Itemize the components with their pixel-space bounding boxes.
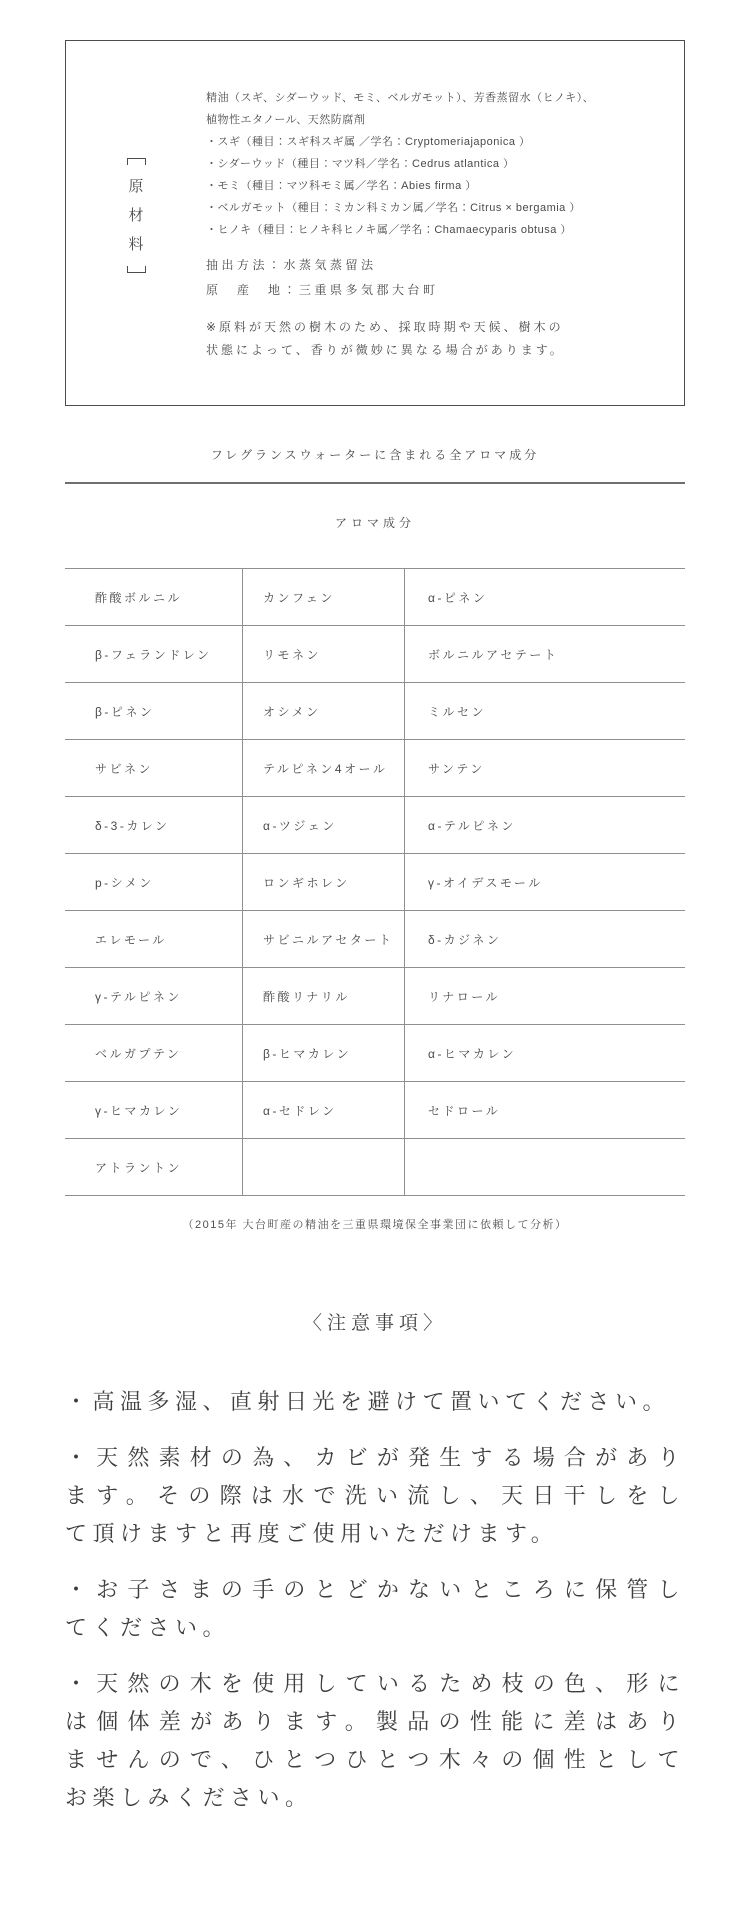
ingredient-item: ・モミ（種目：マツ科モミ属／学名：Abies firma ） — [206, 175, 638, 197]
ingredient-item: ・ヒノキ（種目：ヒノキ科ヒノキ属／学名：Chamaecyparis obtusa… — [206, 219, 638, 241]
table-row: ベルガプテン β-ヒマカレン α-ヒマカレン — [65, 1024, 685, 1081]
product-info-page: 原 材 料 精油（スギ、シダーウッド、モミ、ベルガモット）、芳香蒸留水（ヒノキ）… — [65, 0, 685, 1915]
ingredients-note: ※原料が天然の樹木のため、採取時期や天候、樹木の 状態によって、香りが微妙に異な… — [206, 316, 638, 362]
ingredient-item: ・スギ（種目：スギ科スギ属 ／学名：Cryptomeriajaponica ） — [206, 131, 638, 153]
notice-line: お楽しみください。 — [65, 1779, 685, 1817]
label-char: 材 — [128, 208, 143, 223]
notice-paragraph: ・高温多湿、直射日光を避けて置いてください。 — [65, 1383, 685, 1421]
table-cell — [243, 1139, 405, 1195]
table-cell: 酢酸リナリル — [243, 968, 405, 1024]
table-cell: ロンギホレン — [243, 854, 405, 910]
table-row: γ-テルピネン 酢酸リナリル リナロール — [65, 967, 685, 1024]
table-cell: セドロール — [405, 1082, 685, 1138]
bracket-top-icon — [127, 158, 146, 165]
notice-paragraph: ・お子さまの手のとどかないところに保管し てください。 — [65, 1571, 685, 1647]
table-cell: α-セドレン — [243, 1082, 405, 1138]
label-char: 原 — [128, 179, 143, 194]
section-divider — [65, 482, 685, 484]
notice-body: ・高温多湿、直射日光を避けて置いてください。 ・天然素材の為、カビが発生する場合… — [65, 1383, 685, 1817]
ingredient-item: ・ベルガモット（種目：ミカン科ミカン属／学名：Citrus × bergamia… — [206, 197, 638, 219]
notice-line: ませんので、ひとつひとつ木々の個性として — [65, 1741, 685, 1779]
table-cell: δ-カジネン — [405, 911, 685, 967]
table-row: δ-3-カレン α-ツジェン α-テルピネン — [65, 796, 685, 853]
table-cell: カンフェン — [243, 569, 405, 625]
aroma-table-title: アロマ成分 — [65, 514, 685, 532]
table-cell: α-テルピネン — [405, 797, 685, 853]
notice-line: ・天然の木を使用しているため枝の色、形に — [65, 1665, 685, 1703]
table-row: γ-ヒマカレン α-セドレン セドロール — [65, 1081, 685, 1138]
table-cell: アトラントン — [65, 1139, 243, 1195]
table-cell: ミルセン — [405, 683, 685, 739]
table-row: p-シメン ロンギホレン γ-オイデスモール — [65, 853, 685, 910]
table-cell: β-フェランドレン — [65, 626, 243, 682]
aroma-table: 酢酸ボルニル カンフェン α-ピネン β-フェランドレン リモネン ボルニルアセ… — [65, 568, 685, 1196]
table-cell: サビネン — [65, 740, 243, 796]
notice-line: ます。その際は水で洗い流し、天日干しをし — [65, 1477, 685, 1515]
aroma-section-title: フレグランスウォーターに含まれる全アロマ成分 — [65, 446, 685, 464]
table-cell: ベルガプテン — [65, 1025, 243, 1081]
table-cell: β-ヒマカレン — [243, 1025, 405, 1081]
table-cell: δ-3-カレン — [65, 797, 243, 853]
table-cell: 酢酸ボルニル — [65, 569, 243, 625]
notice-title: 〈注意事項〉 — [65, 1311, 685, 1337]
notice-line: ・高温多湿、直射日光を避けて置いてください。 — [65, 1383, 685, 1421]
notice-paragraph: ・天然の木を使用しているため枝の色、形に は個体差があります。製品の性能に差はあ… — [65, 1665, 685, 1817]
extraction-origin-block: 抽出方法：水蒸気蒸留法 原 産 地：三重県多気郡大台町 — [206, 253, 638, 303]
label-char: 料 — [128, 237, 143, 252]
extraction-method: 抽出方法：水蒸気蒸留法 — [206, 253, 638, 278]
ingredients-content: 精油（スギ、シダーウッド、モミ、ベルガモット）、芳香蒸留水（ヒノキ）、 植物性エ… — [206, 87, 666, 362]
ingredients-note-line: 状態によって、香りが微妙に異なる場合があります。 — [206, 339, 638, 362]
analysis-footnote: （2015年 大台町産の精油を三重県環境保全事業団に依頼して分析） — [65, 1217, 685, 1233]
ingredient-item: ・シダーウッド（種目：マツ科／学名：Cedrus atlantica ） — [206, 153, 638, 175]
table-cell: p-シメン — [65, 854, 243, 910]
table-cell: リナロール — [405, 968, 685, 1024]
notice-line: ・お子さまの手のとどかないところに保管し — [65, 1571, 685, 1609]
table-row: 酢酸ボルニル カンフェン α-ピネン — [65, 568, 685, 625]
ingredients-vertical-label: 原 材 料 — [66, 69, 206, 362]
notice-line: てください。 — [65, 1609, 685, 1647]
table-cell: α-ピネン — [405, 569, 685, 625]
ingredients-intro-line: 植物性エタノール、天然防腐剤 — [206, 109, 638, 131]
ingredients-box: 原 材 料 精油（スギ、シダーウッド、モミ、ベルガモット）、芳香蒸留水（ヒノキ）… — [65, 40, 685, 406]
table-cell: リモネン — [243, 626, 405, 682]
table-cell: サビニルアセタート — [243, 911, 405, 967]
table-cell: サンテン — [405, 740, 685, 796]
table-cell: ボルニルアセテート — [405, 626, 685, 682]
table-row: エレモール サビニルアセタート δ-カジネン — [65, 910, 685, 967]
ingredients-intro-line: 精油（スギ、シダーウッド、モミ、ベルガモット）、芳香蒸留水（ヒノキ）、 — [206, 87, 638, 109]
bracket-bottom-icon — [127, 266, 146, 273]
table-row: アトラントン — [65, 1138, 685, 1195]
table-row: サビネン テルピネン4オール サンテン — [65, 739, 685, 796]
table-cell: γ-テルピネン — [65, 968, 243, 1024]
notice-line: は個体差があります。製品の性能に差はあり — [65, 1703, 685, 1741]
table-cell: α-ヒマカレン — [405, 1025, 685, 1081]
notice-paragraph: ・天然素材の為、カビが発生する場合があり ます。その際は水で洗い流し、天日干しを… — [65, 1439, 685, 1553]
origin: 原 産 地：三重県多気郡大台町 — [206, 278, 638, 303]
notice-line: て頂けますと再度ご使用いただけます。 — [65, 1515, 685, 1553]
table-cell — [405, 1139, 685, 1195]
table-row: β-フェランドレン リモネン ボルニルアセテート — [65, 625, 685, 682]
table-cell: β-ピネン — [65, 683, 243, 739]
table-cell: テルピネン4オール — [243, 740, 405, 796]
table-row: β-ピネン オシメン ミルセン — [65, 682, 685, 739]
notice-line: ・天然素材の為、カビが発生する場合があり — [65, 1439, 685, 1477]
table-cell: エレモール — [65, 911, 243, 967]
table-cell: γ-ヒマカレン — [65, 1082, 243, 1138]
ingredients-note-line: ※原料が天然の樹木のため、採取時期や天候、樹木の — [206, 316, 638, 339]
table-cell: オシメン — [243, 683, 405, 739]
table-cell: α-ツジェン — [243, 797, 405, 853]
table-cell: γ-オイデスモール — [405, 854, 685, 910]
